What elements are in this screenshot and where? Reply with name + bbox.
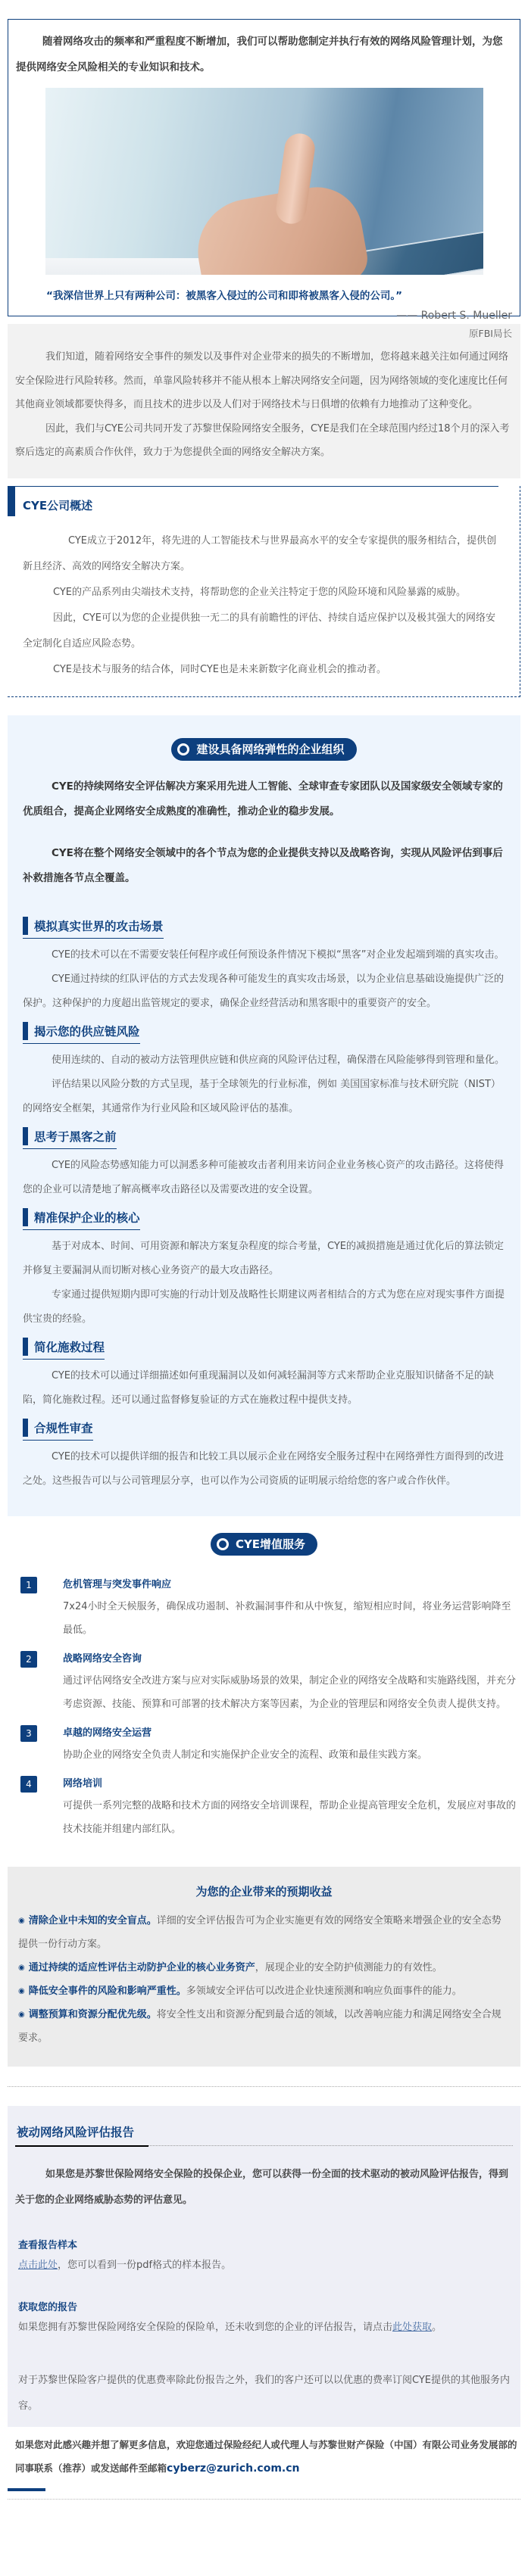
subsection-heading: 揭示您的供应链风险 [23,1022,140,1044]
subsection-compliance: 合规性审查 CYE的技术可以提供详细的报告和比较工具以展示企业在网络安全服务过程… [23,1413,505,1494]
subsection-heading: 简化施救过程 [23,1338,105,1360]
quote-author: —— Robert S. Mueller [16,310,512,322]
footer-accent-bar [8,2488,45,2491]
subsection-heading: 模拟真实世界的攻击场景 [23,917,164,939]
circle-icon [217,1538,229,1550]
title-underline [15,2145,513,2147]
benefit-item: ◉降低安全事件的风险和影响严重性。多领域安全评估可以改进企业快速预测和响应负面事… [18,1980,510,2003]
service-title: 危机管理与突发事件响应 [63,1575,520,1595]
divider [8,2086,520,2087]
get-report-text: 如果您拥有苏黎世保险网络安全保险的保险单，还未收到您的企业的评估报告，请点击此处… [15,2318,513,2338]
report-section: 被动网络风险评估报告 如果您是苏黎世保险网络安全保险的投保企业，您可以获得一份全… [8,2106,520,2427]
quote-author-title: 原FBI局长 [16,326,512,340]
subsection-paragraph: 基于对成本、时间、可用资源和解决方案复杂程度的综合考量，CYE的减损措施是通过优… [23,1235,505,1283]
section-pill: CYE增值服务 [211,1533,317,1556]
overview-title: CYE公司概述 [23,499,92,512]
subsection-paragraph: 评估结果以风险分数的方式呈现，基于全球领先的行业标准，例如 美国国家标准与技术研… [23,1073,505,1121]
subsection-paragraph: CYE的技术可以提供详细的报告和比较工具以展示企业在网络安全服务过程中在网络弹性… [23,1445,505,1494]
overview-paragraph: CYE的产品系列由尖端技术支持，将帮助您的企业关注特定于您的风险环境和风险暴露的… [8,580,520,606]
page: 随着网络攻击的频率和严重程度不断增加，我们可以帮助您制定并执行有效的网络风险管理… [0,19,528,2510]
service-desc: 协助企业的网络安全负责人制定和实施保护企业安全的流程、政策和最佳实践方案。 [63,1743,520,1767]
overview-paragraph: CYE成立于2012年，将先进的人工智能技术与世界最高水平的安全专家提供的服务相… [8,528,520,580]
context-block: 我们知道，随着网络安全事件的频发以及事件对企业带来的损失的不断增加，您将越来越关… [8,324,520,478]
service-title: 卓越的网络安全运营 [63,1724,520,1743]
report-title: 被动网络风险评估报告 [15,2123,513,2142]
subsection-heading: 精准保护企业的核心 [23,1208,140,1230]
number-badge: 2 [20,1651,37,1668]
circle-icon [177,743,189,755]
sample-text: 点击此处，您可以看到一份pdf格式的样本报告。 [15,2256,513,2275]
subsection-paragraph: CYE通过持续的红队评估的方式去发现各种可能发生的真实攻击场景，以为企业信息基础… [23,967,505,1016]
section-pill: 建设具备网络弹性的企业组织 [171,738,356,761]
resilience-lead: CYE的持续网络安全评估解决方案采用先进人工智能、全球审查专家团队以及国家级安全… [23,774,505,824]
subsection-remediation: 简化施救过程 CYE的技术可以通过详细描述如何重现漏洞以及如何减轻漏洞等方式来帮… [23,1332,505,1413]
report-lead: 如果您是苏黎世保险网络安全保险的投保企业，您可以获得一份全面的技术驱动的被动风险… [15,2162,513,2213]
get-report-heading: 获取您的报告 [15,2298,513,2318]
overview-paragraph: 因此，CYE可以为您的企业提供独一无二的具有前瞻性的评估、持续自适应保护以及极其… [8,606,520,657]
subsection-attack-sim: 模拟真实世界的攻击场景 CYE的技术可以在不需要安装任何程序或任何预设条件情况下… [23,911,505,1016]
service-item: 2 战略网络安全咨询 通过评估网络安全改进方案与应对实际威胁场景的效果，制定企业… [8,1649,520,1716]
service-item: 3 卓越的网络安全运营 协助企业的网络安全负责人制定和实施保护企业安全的流程、政… [8,1724,520,1767]
hero-image [45,88,483,275]
service-desc: 7x24小时全天候服务，确保成功遏制、补救漏洞事件和从中恢复，缩短相应时间，将业… [63,1595,520,1642]
contact-text: 如果您对此感兴趣并想了解更多信息，欢迎您通过保险经纪人或代理人与苏黎世财产保险（… [8,2433,520,2481]
services-list: 1 危机管理与突发事件响应 7x24小时全天候服务，确保成功遏制、补救漏洞事件和… [8,1575,520,1841]
overview-paragraph: CYE是技术与服务的结合体，同时CYE也是未来新数字化商业机会的推动者。 [8,657,520,683]
intro-lead: 随着网络攻击的频率和严重程度不断增加，我们可以帮助您制定并执行有效的网络风险管理… [16,29,512,80]
number-badge: 4 [20,1776,37,1793]
cye-overview-section: CYE公司概述 CYE成立于2012年，将先进的人工智能技术与世界最高水平的安全… [8,486,520,697]
context-paragraph: 我们知道，随着网络安全事件的频发以及事件对企业带来的损失的不断增加，您将越来越关… [15,345,513,417]
bullet-icon: ◉ [18,2011,25,2019]
pill-title: 建设具备网络弹性的企业组织 [196,741,344,757]
subsection-protect-core: 精准保护企业的核心 基于对成本、时间、可用资源和解决方案复杂程度的综合考量，CY… [23,1202,505,1332]
subsection-paragraph: CYE的技术可以在不需要安装任何程序或任何预设条件情况下模拟“黑客”对企业发起端… [23,943,505,967]
benefit-item: ◉通过持续的适应性评估主动防护企业的核心业务资产，展现企业的安全防护侦测能力的有… [18,1956,510,1980]
resilience-section: 建设具备网络弹性的企业组织 CYE的持续网络安全评估解决方案采用先进人工智能、全… [8,715,520,1516]
number-badge: 1 [20,1577,37,1593]
contact-email[interactable]: cyberz@zurich.com.cn [167,2462,300,2475]
subsection-heading: 合规性审查 [23,1419,93,1441]
sample-heading: 查看报告样本 [15,2236,513,2256]
service-desc: 通过评估网络安全改进方案与应对实际威胁场景的效果，制定企业的网络安全战略和实施路… [63,1669,520,1716]
subsection-paragraph: 使用连续的、自动的被动方法管理供应链和供应商的风险评估过程，确保潜在风险能够得到… [23,1048,505,1073]
subsection-paragraph: 专家通过提供短期内即可实施的行动计划及战略性长期建议两者相结合的方式为您在应对现… [23,1283,505,1332]
benefit-item: ◉清除企业中未知的安全盲点。详细的安全评估报告可为企业实施更有效的网络安全策略来… [18,1909,510,1956]
overview-heading: CYE公司概述 [8,486,498,516]
service-item: 1 危机管理与突发事件响应 7x24小时全天候服务，确保成功遏制、补救漏洞事件和… [8,1575,520,1642]
get-report-link[interactable]: 此处获取 [392,2322,432,2333]
benefits-section: 为您的企业带来的预期收益 ◉清除企业中未知的安全盲点。详细的安全评估报告可为企业… [8,1867,520,2067]
subsection-paragraph: CYE的风险态势感知能力可以洞悉多种可能被攻击者利用来访问企业业务核心资产的攻击… [23,1154,505,1202]
report-note: 对于苏黎世保险客户提供的优惠费率除此份报告之外，我们的客户还可以以优惠的费率订阅… [15,2368,513,2419]
services-section: CYE增值服务 1 危机管理与突发事件响应 7x24小时全天候服务，确保成功遏制… [8,1516,520,1856]
benefits-title: 为您的企业带来的预期收益 [18,1874,510,1909]
sample-report-link[interactable]: 点击此处 [18,2260,58,2271]
number-badge: 3 [20,1725,37,1742]
context-paragraph: 因此，我们与CYE公司共同开发了苏黎世保险网络安全服务，CYE是我们在全球范围内… [15,417,513,465]
service-desc: 可提供一系列完整的战略和技术方面的网络安全培训课程，帮助企业提高管理安全危机，发… [63,1794,520,1841]
bullet-icon: ◉ [18,1964,25,1972]
resilience-lead: CYE将在整个网络安全领域中的各个节点为您的企业提供支持以及战略咨询，实现从风险… [23,841,505,891]
quote: “我深信世界上只有两种公司：被黑客入侵过的公司和即将被黑客入侵的公司。” [16,287,512,302]
subsection-think-ahead: 思考于黑客之前 CYE的风险态势感知能力可以洞悉多种可能被攻击者利用来访问企业业… [23,1121,505,1202]
service-title: 战略网络安全咨询 [63,1649,520,1669]
subsection-paragraph: CYE的技术可以通过详细描述如何重现漏洞以及如何减轻漏洞等方式来帮助企业克服知识… [23,1364,505,1413]
service-title: 网络培训 [63,1774,520,1794]
subsection-heading: 思考于黑客之前 [23,1127,117,1149]
intro-box: 随着网络攻击的频率和严重程度不断增加，我们可以帮助您制定并执行有效的网络风险管理… [8,19,520,316]
bullet-icon: ◉ [18,1987,25,1995]
subsection-supply-chain: 揭示您的供应链风险 使用连续的、自动的被动方法管理供应链和供应商的风险评估过程，… [23,1016,505,1121]
bullet-icon: ◉ [18,1917,25,1925]
service-item: 4 网络培训 可提供一系列完整的战略和技术方面的网络安全培训课程，帮助企业提高管… [8,1774,520,1841]
pill-title: CYE增值服务 [236,1536,305,1552]
benefit-item: ◉调整预算和资源分配优先级。将安全性支出和资源分配到最合适的领域，以改善响应能力… [18,2003,510,2050]
